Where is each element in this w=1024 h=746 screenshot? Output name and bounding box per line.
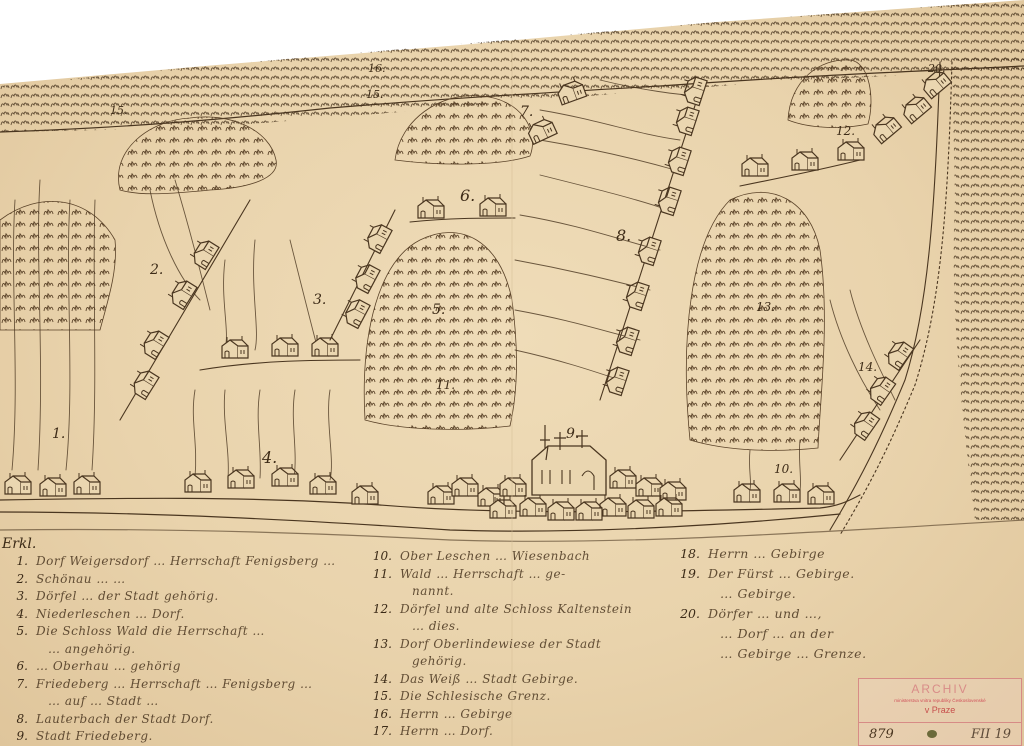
archive-stamp: ARCHIV ministerstva vnitra republiky Čes… [858, 678, 1022, 746]
stamp-city: v Praze [859, 705, 1021, 715]
village-1 [5, 472, 100, 496]
map-label-11: 11. [436, 378, 455, 392]
legend-header-text: Erkl. [2, 536, 36, 552]
map-label-10: 10. [774, 462, 793, 476]
village-12-row [742, 138, 864, 176]
legend-column-3: 18.Herrn … Gebirge 19.Der Fürst … Gebirg… [672, 544, 867, 664]
legend-item: 19.Der Fürst … Gebirge. [672, 564, 867, 584]
legend-item-continued: nannt. [364, 583, 632, 601]
map-label-15a: 15. [110, 104, 128, 117]
legend-item: 16.Herrn … Gebirge [364, 706, 632, 724]
map-label-3: 3. [313, 292, 326, 308]
map-label-4: 4. [262, 448, 277, 467]
legend-item-continued: … dies. [364, 618, 632, 636]
map-label-20: 20. [928, 62, 946, 75]
map-label-16: 16. [368, 62, 386, 75]
map-label-9: 9. [566, 426, 579, 442]
legend-column-2: 10.Ober Leschen … Wiesenbach 11.Wald … H… [364, 548, 632, 741]
legend-item: 20.Dörfer … und …, [672, 604, 867, 624]
legend-item: 18.Herrn … Gebirge [672, 544, 867, 564]
legend-item: 3.Dörfel … der Stadt gehörig. [0, 588, 336, 606]
legend-item-continued: … Gebirge … Grenze. [672, 644, 867, 664]
legend-item: 10.Ober Leschen … Wiesenbach [364, 548, 632, 566]
stamp-signature: FII 19 [971, 727, 1011, 742]
legend-item: 2.Schönau … … [0, 571, 336, 589]
legend-item-continued: … Gebirge. [672, 584, 867, 604]
legend-item-continued: … Dorf … an der [672, 624, 867, 644]
map-label-13: 13. [756, 300, 775, 314]
stamp-title: ARCHIV [859, 682, 1021, 696]
church-town-9 [428, 425, 686, 520]
stamp-footer: 879 FII 19 [859, 722, 1021, 745]
legend-item: 9.Stadt Friedeberg. [0, 728, 336, 746]
legend-item: 4.Niederleschen … Dorf. [0, 606, 336, 624]
legend-item: 17.Herrn … Dorf. [364, 723, 632, 741]
legend-item: 7.Friedeberg … Herrschaft … Fenigsberg … [0, 676, 336, 694]
map-label-8: 8. [616, 226, 631, 245]
map-label-6: 6. [460, 186, 475, 205]
legend-item: 11.Wald … Herrschaft … ge- [364, 566, 632, 584]
map-label-12: 12. [836, 124, 855, 138]
stamp-subtitle: ministerstva vnitra republiky Českoslove… [859, 698, 1021, 703]
map-label-1: 1. [52, 426, 65, 442]
map-label-7: 7. [520, 104, 533, 120]
legend-item: 5.Die Schloss Wald die Herrschaft … [0, 623, 336, 641]
village-10 [734, 480, 834, 504]
legend-item: 6.… Oberhau … gehörig [0, 658, 336, 676]
legend-item-continued: … angehörig. [0, 641, 336, 659]
village-4 [185, 464, 378, 504]
legend-item: 15.Die Schlesische Grenz. [364, 688, 632, 706]
legend-item: 1.Dorf Weigersdorf … Herrschaft Fenigsbe… [0, 553, 336, 571]
legend-item: 12.Dörfel und alte Schloss Kaltenstein [364, 601, 632, 619]
legend-header: Erkl. [2, 536, 36, 554]
map-label-14: 14. [858, 360, 877, 374]
map-label-2: 2. [150, 262, 163, 278]
legend-item-continued: gehörig. [364, 653, 632, 671]
map-label-5: 5. [432, 302, 445, 318]
stamp-number: 879 [869, 727, 894, 742]
wax-seal-icon [927, 730, 937, 738]
legend-item-continued: … auf … Stadt … [0, 693, 336, 711]
map-sheet: 1. 2. 3. 4. 5. 6. 7. 8. 9. 10. 11. 12. 1… [0, 0, 1024, 746]
village-2-row [222, 334, 338, 358]
legend-item: 8.Lauterbach der Stadt Dorf. [0, 711, 336, 729]
legend-item: 13.Dorf Oberlindewiese der Stadt [364, 636, 632, 654]
legend-item: 14.Das Weiß … Stadt Gebirge. [364, 671, 632, 689]
map-label-15b: 15. [366, 88, 384, 101]
legend-column-1: 1.Dorf Weigersdorf … Herrschaft Fenigsbe… [0, 553, 336, 746]
